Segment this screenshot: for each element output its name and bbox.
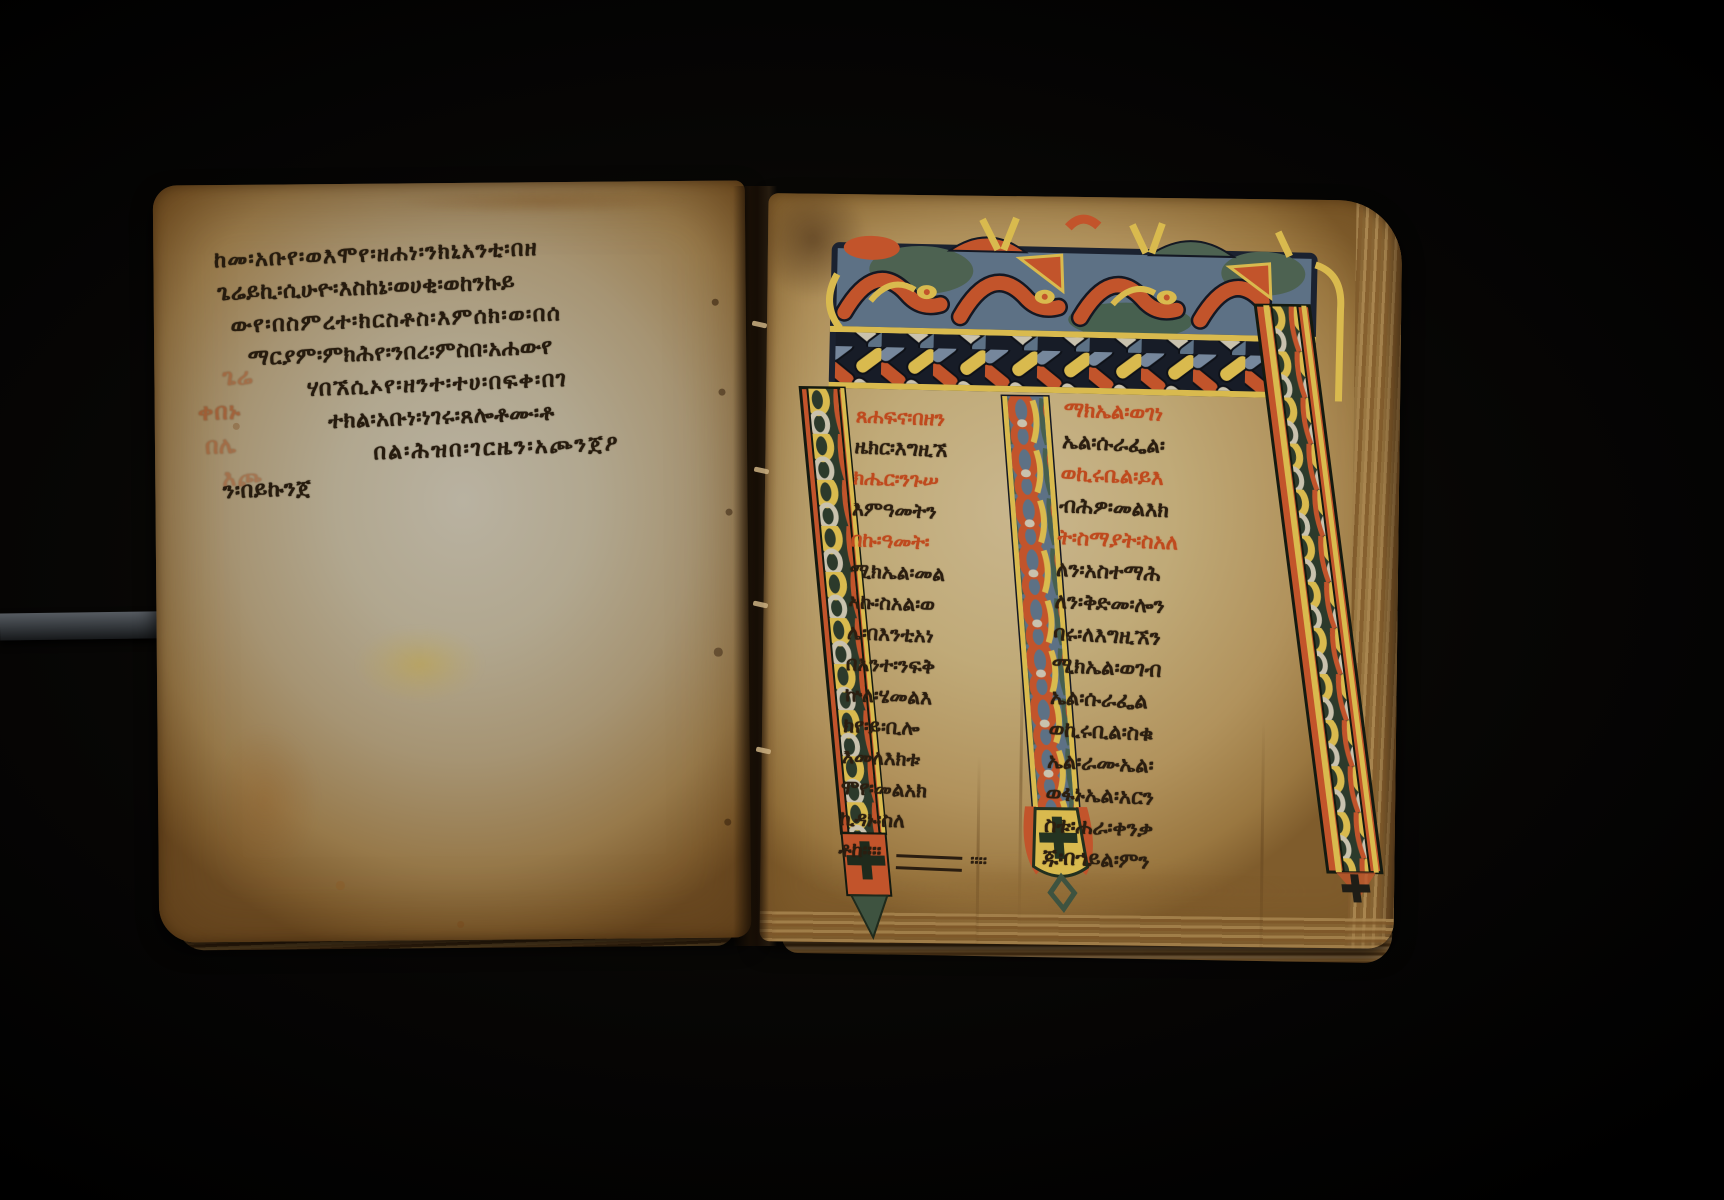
text-line: እጮ bbox=[222, 462, 264, 497]
right-page-left-column: ።። ጸሐፍና፡በዘንዜክር፡እግዚኧክሔር፡ንጉሠእምዓመትንበኩ፡ዓመት፡ሚ… bbox=[838, 400, 1009, 871]
left-page: ጌሬቀበኑበሌእጮ ከመ፡አቡየ፡ወእሞየ፡ዘሐነ፡ንክኒአንቲ፡በዘጌሬይኪ፡… bbox=[153, 180, 752, 942]
right-page: ።። ጸሐፍና፡በዘንዜክር፡እግዚኧክሔር፡ንጉሠእምዓመትንበኩ፡ዓመት፡ሚ… bbox=[759, 193, 1402, 949]
worm-specks bbox=[153, 186, 156, 189]
rust-stain bbox=[209, 724, 320, 875]
faded-red-margin-marks: ጌሬቀበኑበሌእጮ bbox=[185, 241, 316, 545]
end-of-text-dash bbox=[896, 854, 963, 872]
right-page-right-column: ማክኤል፡ወገነኤል፡ሱራፌል፡ወኪሩቤል፡ይእብሕዎ፡መልእክት፡ስማያት፡ስ… bbox=[1042, 393, 1284, 883]
end-punctuation: ።። bbox=[970, 845, 988, 877]
text-line: ቀበኑ bbox=[197, 395, 242, 430]
stain bbox=[393, 187, 693, 216]
right-bar-cross bbox=[1336, 872, 1380, 903]
text-line: ጌሬ bbox=[222, 361, 253, 395]
text-line: በሌ bbox=[205, 430, 237, 464]
left-page-text-block: ጌሬቀበኑበሌእጮ ከመ፡አቡየ፡ወእሞየ፡ዘሐነ፡ንክኒአንቲ፡በዘጌሬይኪ፡… bbox=[213, 226, 715, 509]
manuscript-photograph: ጌሬቀበኑበሌእጮ ከመ፡አቡየ፡ወእሞየ፡ዘሐነ፡ንክኒአንቲ፡በዘጌሬይኪ፡… bbox=[0, 0, 1724, 1200]
gutter-shadow bbox=[733, 186, 777, 946]
yellow-stain bbox=[355, 625, 486, 704]
